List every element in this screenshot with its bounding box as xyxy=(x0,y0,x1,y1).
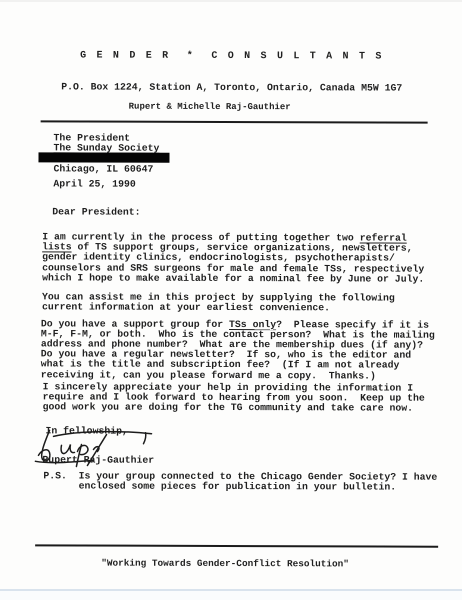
recipient-city: Chicago, IL 60647 xyxy=(53,164,153,175)
text-line: good work you are doing for the TG commu… xyxy=(43,403,425,415)
salutation: Dear President: xyxy=(52,207,140,218)
text-line: current information at your earliest con… xyxy=(42,302,395,313)
letter-date: April 25, 1990 xyxy=(53,179,135,189)
footer-motto: "Working Towards Gender-Conflict Resolut… xyxy=(0,558,456,570)
text-line: enclosed some pieces for publication in … xyxy=(43,481,437,493)
organization-name: G E N D E R * C O N S U L T A N T S xyxy=(1,50,462,63)
signer-typed-name: Rupert Raj-Gauthier xyxy=(42,455,154,466)
redaction-bar xyxy=(38,152,169,162)
paragraph-appreciation: I sincerely appreciate your help in prov… xyxy=(43,382,425,414)
footer-divider-rule xyxy=(35,544,438,548)
letter: G E N D E R * C O N S U L T A N T S P.O.… xyxy=(0,0,462,600)
paragraph-referral-lists: I am currently in the process of putting… xyxy=(42,232,424,284)
postscript: P.S. Is your group connected to the Chic… xyxy=(43,471,437,493)
header-divider-rule xyxy=(41,120,428,124)
text-line: which I hope to make available for a nom… xyxy=(42,273,424,285)
paragraph-assist-request: You can assist me in this project by sup… xyxy=(42,292,395,314)
scanned-letter-page: G E N D E R * C O N S U L T A N T S P.O.… xyxy=(0,0,462,600)
scan-edge-bottom-strip xyxy=(0,591,462,600)
organization-address: P.O. Box 1224, Station A, Toronto, Ontar… xyxy=(1,81,462,94)
paragraph-questions: Do you have a support group for TSs only… xyxy=(41,319,435,382)
organization-contacts: Rupert & Michelle Raj-Gauthier xyxy=(0,101,441,113)
text-line: receiving it, can you please forward me … xyxy=(41,370,435,382)
